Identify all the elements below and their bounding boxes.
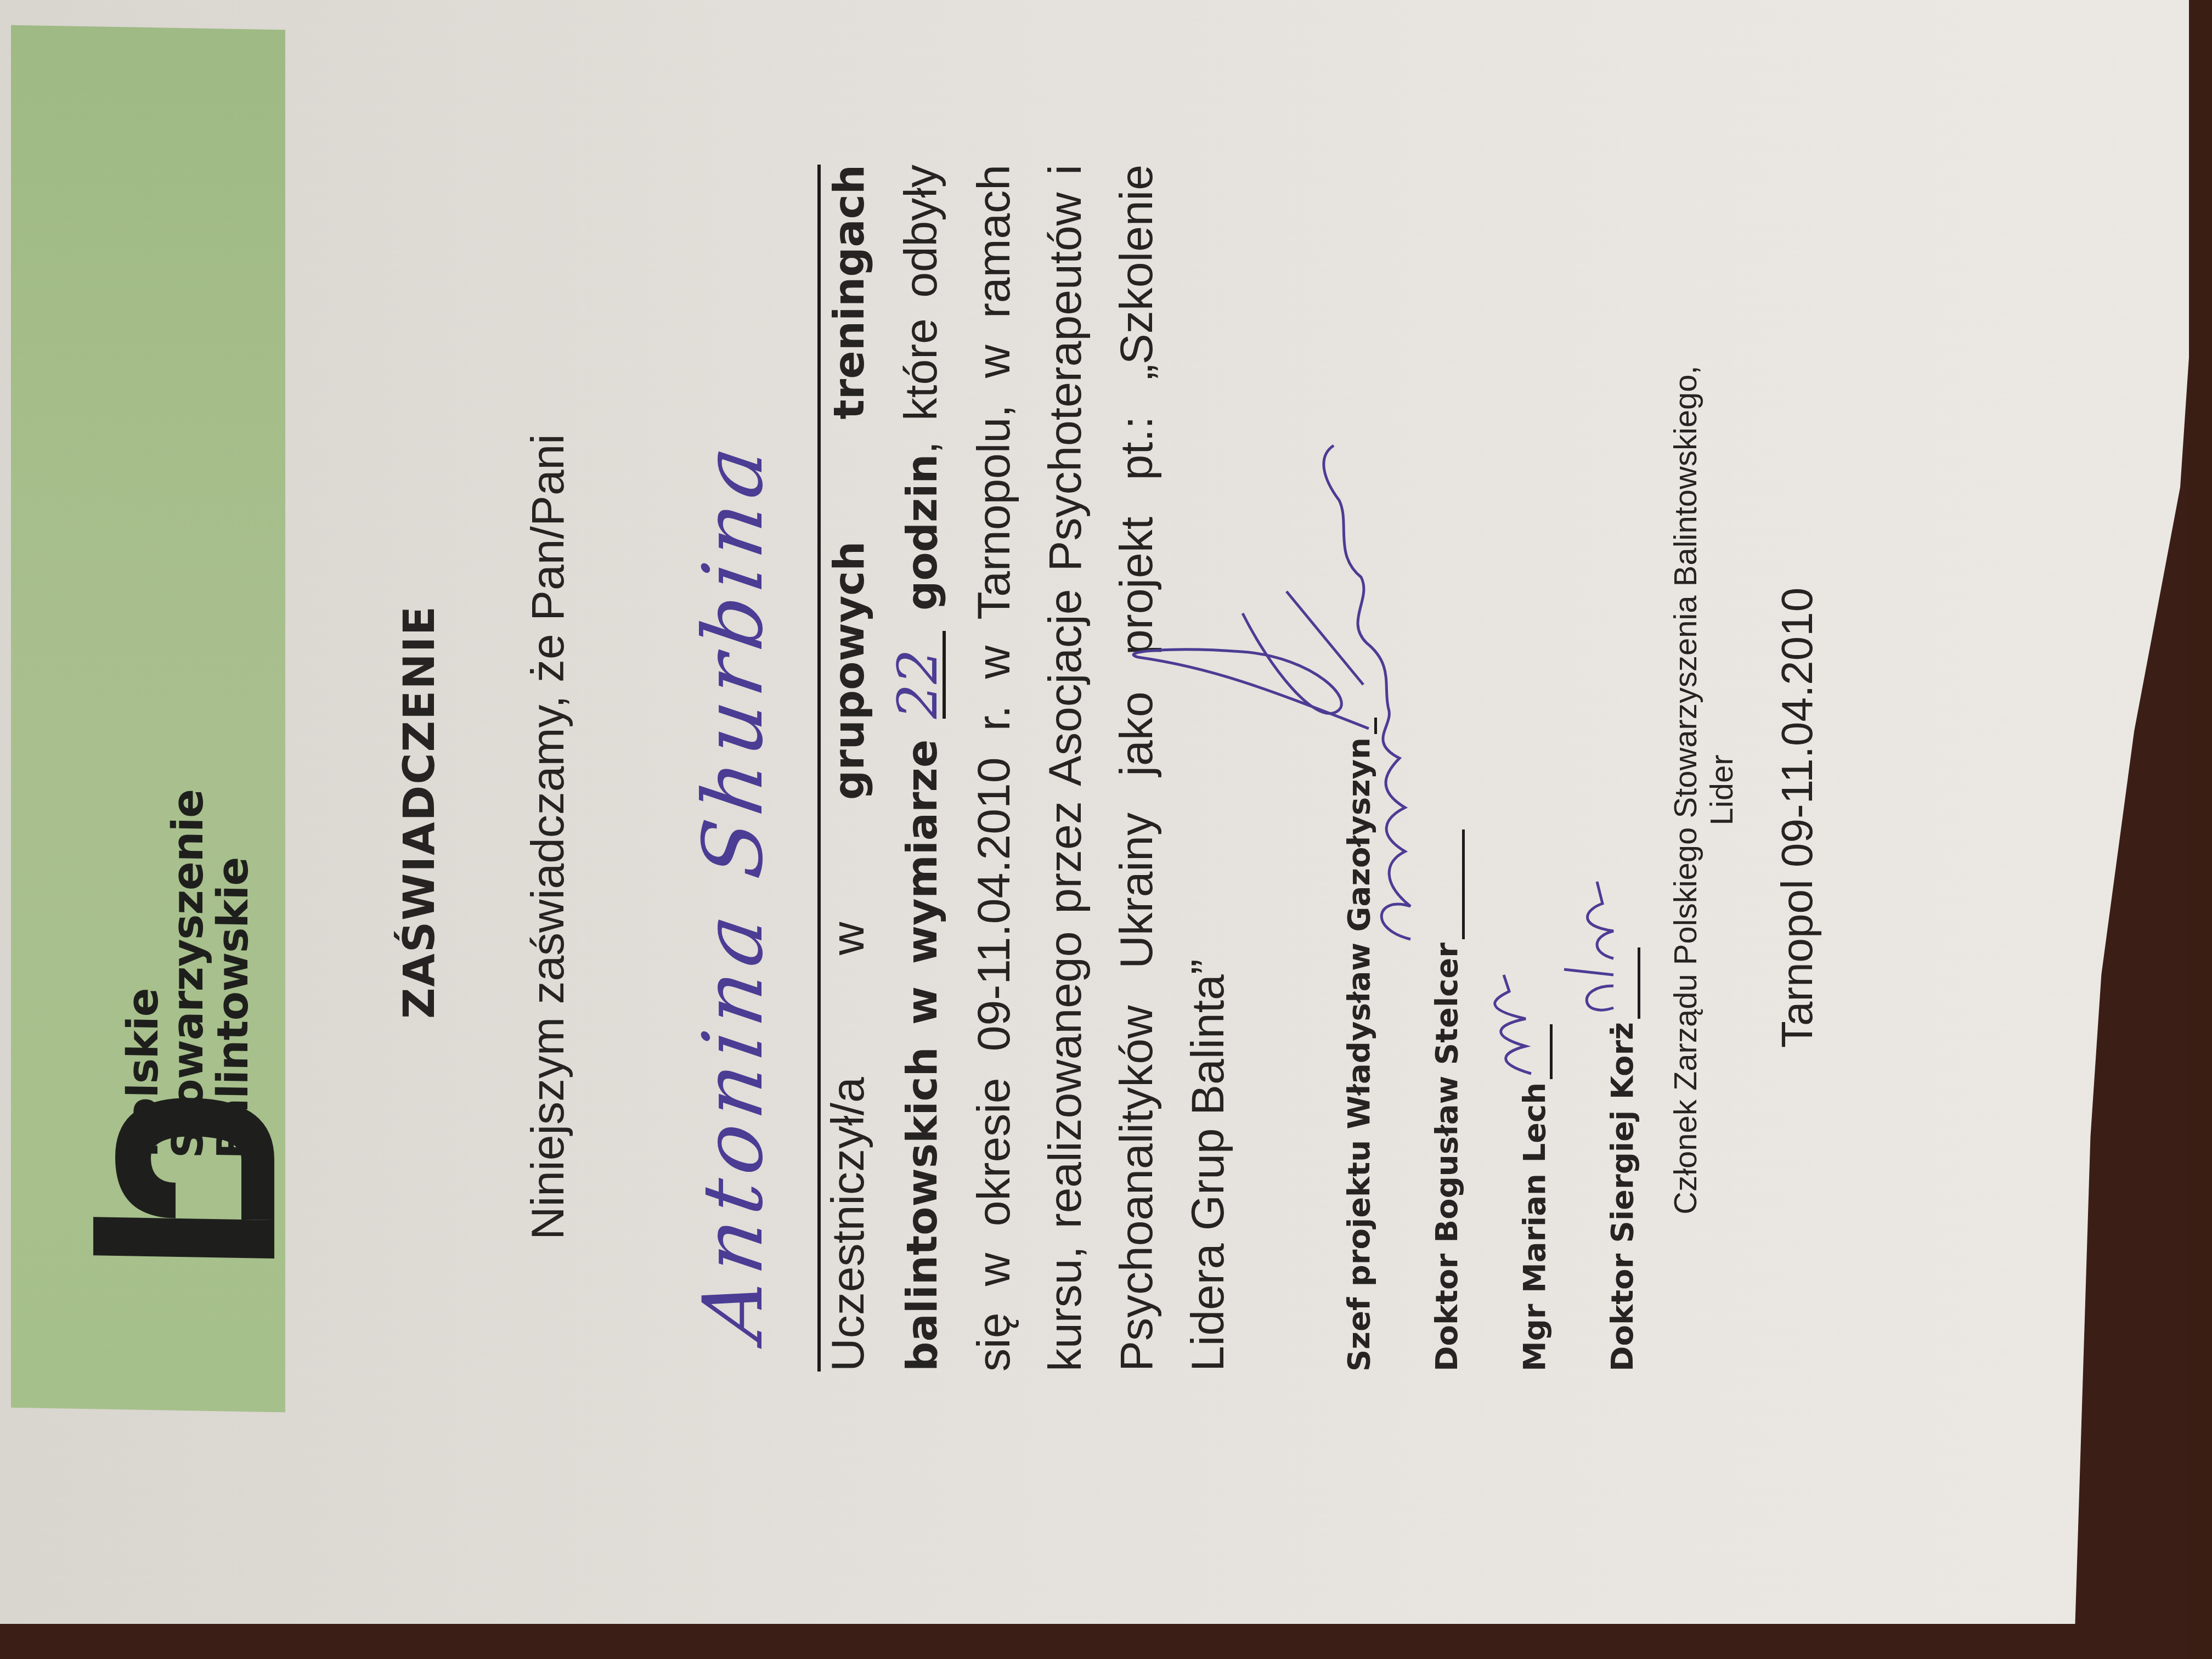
certificate-page: Polskie Stowarzyszenie Balintowskie ZAŚW…: [0, 0, 2189, 1624]
intro-text: Niniejszym zaświadczamy, że Pan/Pani: [521, 434, 574, 1240]
logo-band: Polskie Stowarzyszenie Balintowskie: [11, 25, 285, 1413]
signatory-row: Doktor Siergiej Korż: [1553, 718, 1640, 1372]
footer-affiliation: Członek Zarządu Polskiego Stowarzyszenia…: [1668, 296, 1740, 1284]
body-line-5: Psychoanalityków Ukrainy jako projekt pt…: [1101, 165, 1172, 1372]
signature-line: [1462, 830, 1465, 939]
participant-name-handwritten: Antonina Shurbina: [686, 435, 781, 1345]
signature-icon: [1520, 876, 1641, 1019]
signature-line: [1550, 1024, 1553, 1079]
certificate-body: Uczestniczył/a w grupowych treningach ba…: [812, 165, 1243, 1372]
signatory-row: Mgr Marian Lech: [1465, 718, 1553, 1372]
footer-place-date: Tarnopol 09-11.04.2010: [1772, 588, 1822, 1048]
body-line-3: się w okresie 09-11.04.2010 r. w Tarnopo…: [958, 165, 1029, 1372]
body-line-2: balintowskich w wymiarze 22 godzin, któr…: [885, 165, 958, 1372]
body-line-4: kursu, realizowanego przez Asocjacje Psy…: [1029, 165, 1101, 1372]
signature-icon: [1301, 445, 1465, 939]
body-line-6: Lidera Grup Balinta”: [1172, 165, 1243, 1372]
document-title: ZAŚWIADCZENIE: [395, 0, 444, 1624]
signatures-block: Szef projektu Władysław Gazołyszyn Dokto…: [1289, 718, 1640, 1372]
logo-text: Polskie Stowarzyszenie Balintowskie: [121, 788, 256, 1160]
body-line-1: Uczestniczył/a w grupowych treningach: [812, 165, 885, 1372]
table-surface: [2189, 0, 2212, 1659]
signature-line: [1638, 947, 1640, 1019]
hours-handwritten: 22: [893, 631, 946, 719]
